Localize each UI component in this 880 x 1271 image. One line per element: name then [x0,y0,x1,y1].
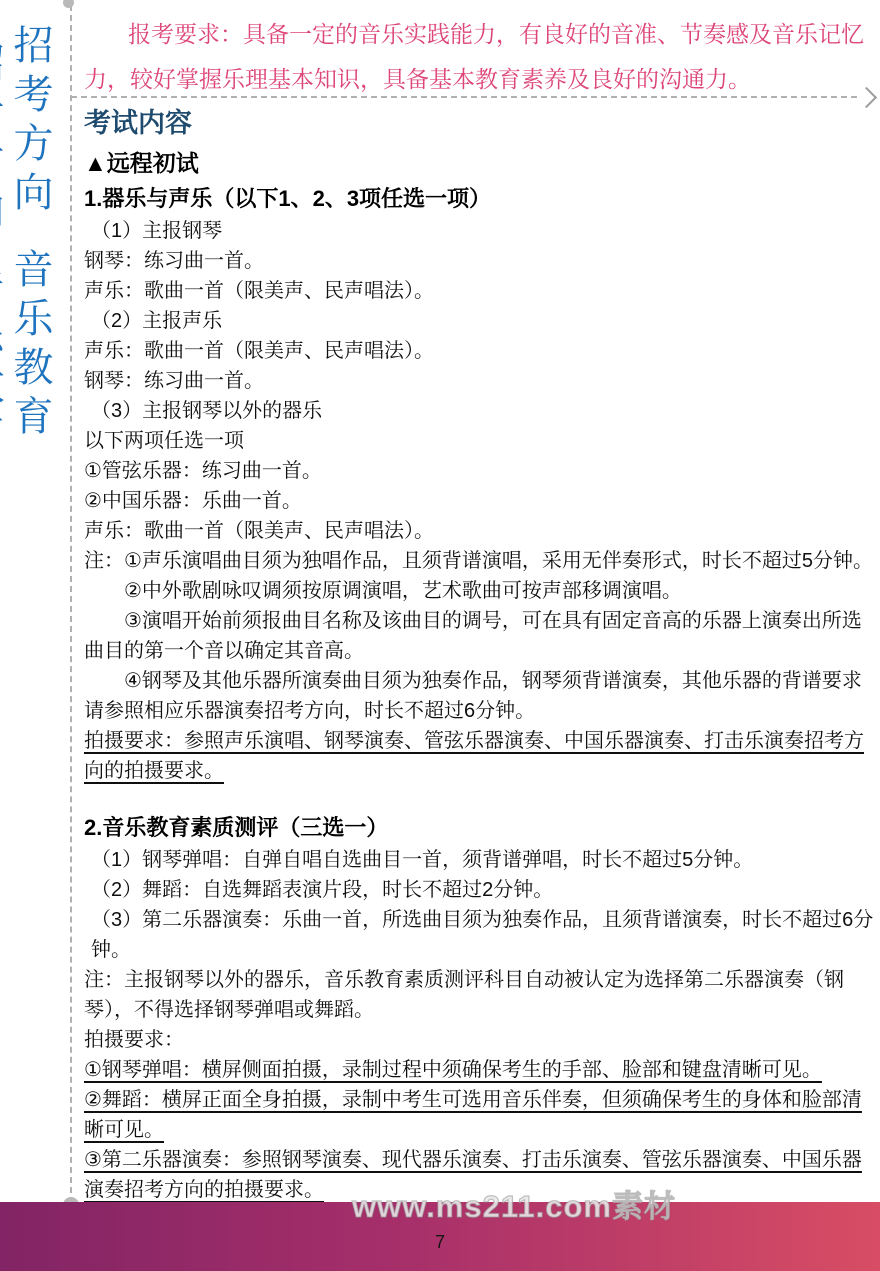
paragraph: （1）主报钢琴 [84,216,877,246]
sidebar-vertical-text-ghost-1: 招考方向 [0,42,2,238]
paragraph: ①钢琴弹唱：横屏侧面拍摄，录制过程中须确保考生的手部、脸部和键盘清晰可见。 [84,1055,877,1085]
paragraph: 声乐：歌曲一首（限美声、民声唱法）。 [84,276,877,306]
exam-sections: 1.器乐与声乐（以下1、2、3项任选一项）（1）主报钢琴钢琴：练习曲一首。声乐：… [84,183,877,1205]
exam-section-1: 1.器乐与声乐（以下1、2、3项任选一项）（1）主报钢琴钢琴：练习曲一首。声乐：… [84,183,877,786]
document-page: 招考方向 音乐教育 招考方向 音乐教育 报考要求：具备一定的音乐实践能力，有良好… [0,0,880,1271]
paragraph: 以下两项任选一项 [84,426,877,456]
paragraph: （1）钢琴弹唱：自弹自唱自选曲目一首，须背谱弹唱，时长不超过5分钟。 [84,845,877,875]
paragraph: （3）主报钢琴以外的器乐 [84,396,877,426]
paragraph: 钢琴：练习曲一首。 [84,366,877,396]
paragraph: ③演唱开始前须报曲目名称及该曲目的调号，可在具有固定音高的乐器上演奏出所选曲目的… [84,606,877,666]
paragraph: ④钢琴及其他乐器所演奏曲目须为独奏作品，钢琴须背谱演奏，其他乐器的背谱要求请参照… [84,666,877,726]
paragraph: （2）主报声乐 [84,306,877,336]
paragraph: ②中外歌剧咏叹调须按原调演唱，艺术歌曲可按声部移调演唱。 [84,576,877,606]
exam-section-2: 2.音乐教育素质测评（三选一）（1）钢琴弹唱：自弹自唱自选曲目一首，须背谱弹唱，… [84,812,877,1205]
paragraph: ①管弦乐器：练习曲一首。 [84,456,877,486]
sidebar-vertical-text-direction: 招考方向 [9,24,51,220]
paragraph: 钢琴：练习曲一首。 [84,246,877,276]
paragraph: 拍摄要求： [84,1025,877,1055]
paragraph: 声乐：歌曲一首（限美声、民声唱法）。 [84,516,877,546]
page-number: 7 [0,1231,880,1253]
divider-top-dot-icon [63,0,74,8]
remote-preliminary-subtitle: ▲远程初试 [84,148,877,179]
paragraph: （2）舞蹈：自选舞蹈表演片段，时长不超过2分钟。 [84,875,877,905]
watermark-text: www.ms211.com素材 [352,1181,676,1226]
paragraph: ②中国乐器：乐曲一首。 [84,486,877,516]
paragraph: ②舞蹈：横屏正面全身拍摄，录制中考生可选用音乐伴奏，但须确保考生的身体和脸部清晰… [84,1085,877,1145]
paragraph: 注：主报钢琴以外的器乐，音乐教育素质测评科目自动被认定为选择第二乐器演奏（钢琴）… [84,965,877,1025]
sidebar-vertical-text-major: 音乐教育 [9,248,51,444]
section-heading: 2.音乐教育素质测评（三选一） [84,812,877,843]
sidebar-vertical-text-ghost-2: 音乐教育 [0,266,2,462]
page-title: 考试内容 [84,107,877,140]
paragraph: 注：①声乐演唱曲目须为独唱作品，且须背谱演唱，采用无伴奏形式，时长不超过5分钟。 [84,546,877,576]
paragraph: 拍摄要求：参照声乐演唱、钢琴演奏、管弦乐器演奏、中国乐器演奏、打击乐演奏招考方向… [84,726,877,786]
exam-content: 考试内容 ▲远程初试 1.器乐与声乐（以下1、2、3项任选一项）（1）主报钢琴钢… [84,107,877,1205]
section-heading: 1.器乐与声乐（以下1、2、3项任选一项） [84,183,877,214]
paragraph: 声乐：歌曲一首（限美声、民声唱法）。 [84,336,877,366]
vertical-dashed-divider [70,5,72,1203]
paragraph: （3）第二乐器演奏：乐曲一首，所选曲目须为独奏作品，且须背谱演奏，时长不超过6分… [84,905,877,965]
application-requirements-text: 报考要求：具备一定的音乐实践能力，有良好的音准、节奏感及音乐记忆力，较好掌握乐理… [84,12,876,102]
